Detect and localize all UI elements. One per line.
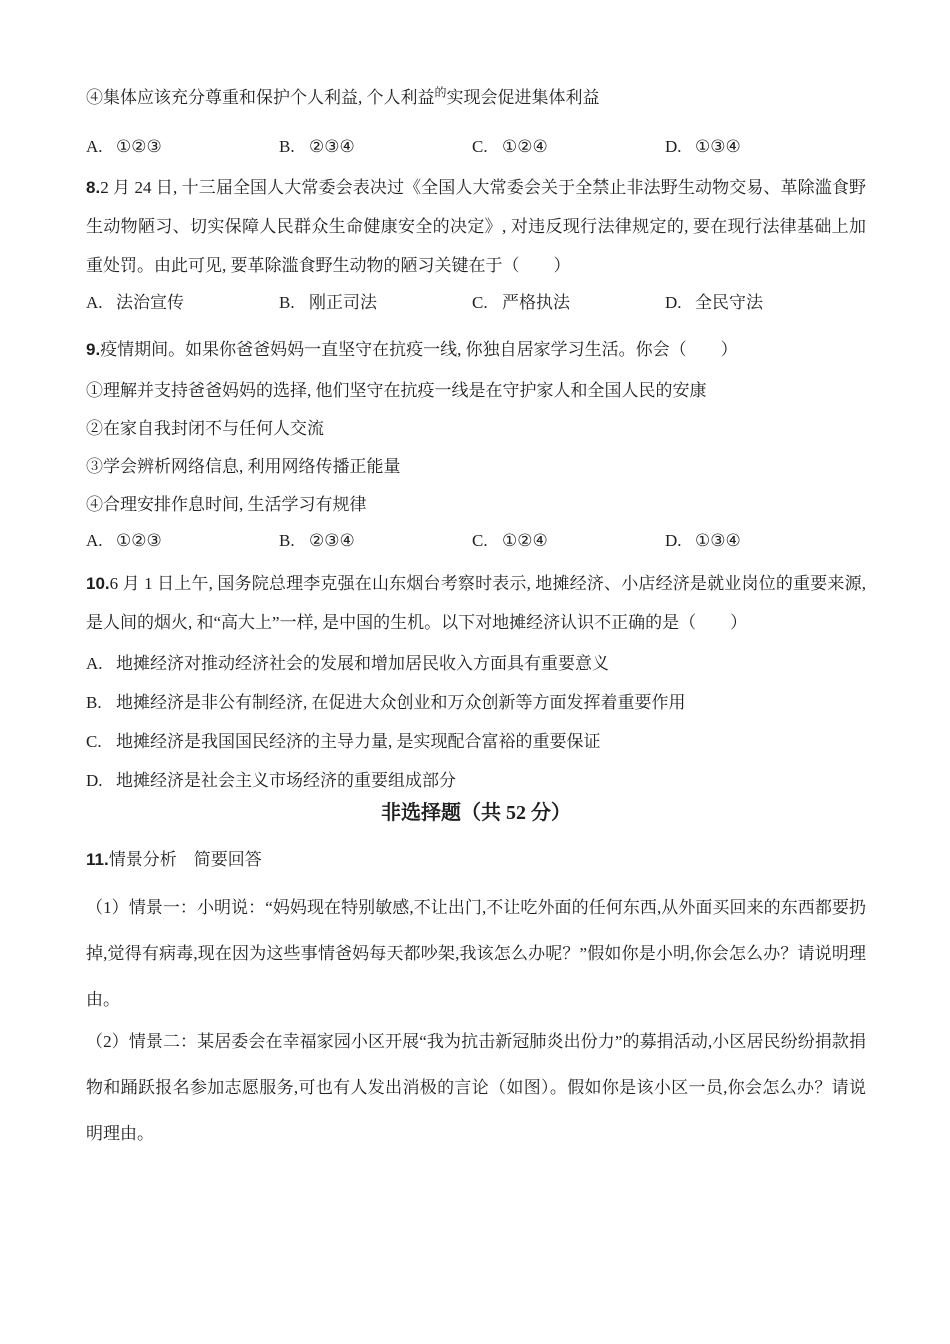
q9-number: 9. [86,340,100,359]
q10-option-b: B.地摊经济是非公有制经济, 在促进大众创业和万众创新等方面发挥着重要作用 [86,683,866,722]
q10-options-list: A.地摊经济对推动经济社会的发展和增加居民收入方面具有重要意义 B.地摊经济是非… [86,644,866,800]
q9-statement-4: ④合理安排作息时间, 生活学习有规律 [86,486,866,524]
q10-option-a: A.地摊经济对推动经济社会的发展和增加居民收入方面具有重要意义 [86,644,866,683]
q7-statement-4-text: ④集体应该充分尊重和保护个人利益, 个人利益 [86,88,435,107]
q11-part2-scenario: （2）情景二：某居委会在幸福家园小区开展“我为抗击新冠肺炎出份力”的募捐活动,小… [86,1019,866,1157]
q9-option-d-label: D. [665,521,695,560]
q7-statement-4: ④集体应该充分尊重和保护个人利益, 个人利益的实现会促进集体利益 [86,78,866,117]
q9-statement-list: ①理解并支持爸爸妈妈的选择, 他们坚守在抗疫一线是在守护家人和全国人民的安康 ②… [86,372,866,524]
exam-document-page: ④集体应该充分尊重和保护个人利益, 个人利益的实现会促进集体利益 A.①②③ B… [0,0,950,1344]
q8-options-row: A.法治宣传 B.刚正司法 C.严格执法 D.全民守法 [86,283,866,322]
q7-option-a-text: ①②③ [116,137,162,156]
q10-option-d-label: D. [86,761,116,800]
q7-option-b-label: B. [279,127,309,166]
q10-question: 10.6 月 1 日上午, 国务院总理李克强在山东烟台考察时表示, 地摊经济、小… [86,564,866,642]
q9-option-c-text: ①②④ [502,531,548,550]
q8-text: 2 月 24 日, 十三届全国人大常委会表决过《全国人大常委会关于全禁止非法野生… [86,178,866,275]
q8-option-c-text: 严格执法 [502,293,570,312]
q7-option-b: B.②③④ [279,127,472,166]
q8-option-b-text: 刚正司法 [309,293,377,312]
q8-option-d-label: D. [665,283,695,322]
q9-option-a-label: A. [86,521,116,560]
q9-statement-3: ③学会辨析网络信息, 利用网络传播正能量 [86,448,866,486]
q10-option-c: C.地摊经济是我国国民经济的主导力量, 是实现配合富裕的重要保证 [86,722,866,761]
q8-question: 8.2 月 24 日, 十三届全国人大常委会表决过《全国人大常委会关于全禁止非法… [86,168,866,285]
q8-option-b: B.刚正司法 [279,283,472,322]
q9-options-row: A.①②③ B.②③④ C.①②④ D.①③④ [86,521,866,560]
q8-option-d-text: 全民守法 [695,293,763,312]
q10-option-d: D.地摊经济是社会主义市场经济的重要组成部分 [86,761,866,800]
q7-option-d-text: ①③④ [695,137,741,156]
q9-option-c-label: C. [472,521,502,560]
q9-question: 9.疫情期间。如果你爸爸妈妈一直坚守在抗疫一线, 你独自居家学习生活。你会（ ） [86,330,866,369]
q9-option-b-text: ②③④ [309,531,355,550]
q8-option-b-label: B. [279,283,309,322]
q10-text: 6 月 1 日上午, 国务院总理李克强在山东烟台考察时表示, 地摊经济、小店经济… [86,574,866,632]
q8-option-c: C.严格执法 [472,283,665,322]
q10-option-c-label: C. [86,722,116,761]
q8-option-c-label: C. [472,283,502,322]
q7-option-a-label: A. [86,127,116,166]
q11-part1-scenario: （1）情景一：小明说：“妈妈现在特别敏感,不让出门,不让吃外面的任何东西,从外面… [86,885,866,1023]
q9-option-b-label: B. [279,521,309,560]
q7-option-c-text: ①②④ [502,137,548,156]
q9-statement-1: ①理解并支持爸爸妈妈的选择, 他们坚守在抗疫一线是在守护家人和全国人民的安康 [86,372,866,410]
q10-option-a-label: A. [86,644,116,683]
q9-text: 疫情期间。如果你爸爸妈妈一直坚守在抗疫一线, 你独自居家学习生活。你会（ ） [100,340,738,359]
q7-statement-4-rest: 实现会促进集体利益 [447,88,600,107]
q10-option-a-text: 地摊经济对推动经济社会的发展和增加居民收入方面具有重要意义 [116,654,609,673]
section-heading: 非选择题（共 52 分） [86,798,866,828]
q8-option-a-text: 法治宣传 [116,293,184,312]
q7-statement-4-superscript: 的 [435,85,447,99]
q10-number: 10. [86,574,110,593]
q8-option-d: D.全民守法 [665,283,763,322]
q7-option-d: D.①③④ [665,127,741,166]
q11-title-text: 情景分析 简要回答 [109,850,262,869]
q10-option-b-text: 地摊经济是非公有制经济, 在促进大众创业和万众创新等方面发挥着重要作用 [116,693,686,712]
q10-option-d-text: 地摊经济是社会主义市场经济的重要组成部分 [116,771,456,790]
q8-number: 8. [86,178,100,197]
q7-option-c: C.①②④ [472,127,665,166]
q10-option-b-label: B. [86,683,116,722]
q9-option-b: B.②③④ [279,521,472,560]
q8-option-a: A.法治宣传 [86,283,279,322]
q11-title-line: 11.情景分析 简要回答 [86,840,866,879]
q9-option-c: C.①②④ [472,521,665,560]
q9-option-d: D.①③④ [665,521,741,560]
q10-option-c-text: 地摊经济是我国国民经济的主导力量, 是实现配合富裕的重要保证 [116,732,601,751]
q7-option-c-label: C. [472,127,502,166]
q9-option-a-text: ①②③ [116,531,162,550]
q9-statement-2: ②在家自我封闭不与任何人交流 [86,410,866,448]
q11-number: 11. [86,850,109,869]
q9-option-d-text: ①③④ [695,531,741,550]
q7-options-row: A.①②③ B.②③④ C.①②④ D.①③④ [86,127,866,166]
q8-option-a-label: A. [86,283,116,322]
q7-option-d-label: D. [665,127,695,166]
q7-option-b-text: ②③④ [309,137,355,156]
q9-option-a: A.①②③ [86,521,279,560]
q7-option-a: A.①②③ [86,127,279,166]
